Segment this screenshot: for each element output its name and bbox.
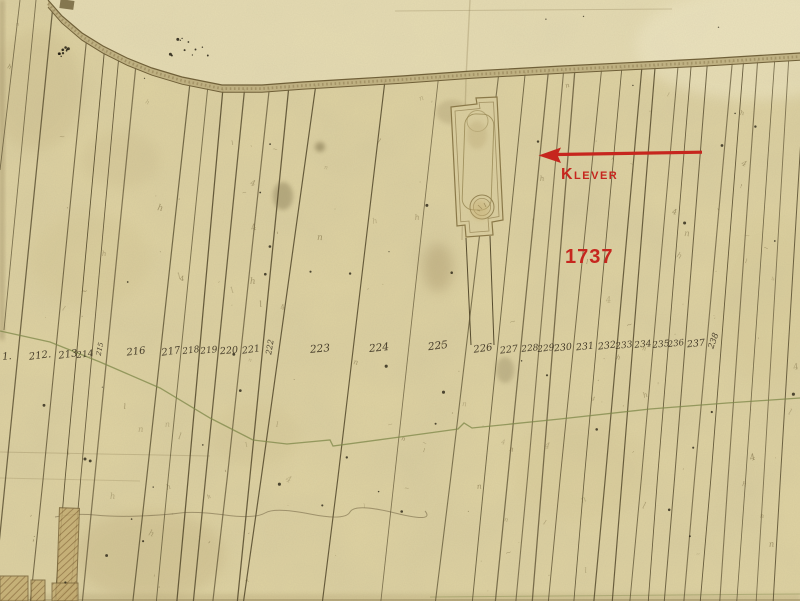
map-graphics: ..'hnl..~44..l''hlnn~ln..nlh4h.,hl'hnh4'… (0, 0, 800, 601)
year-annotation-text: 1737 (565, 246, 614, 268)
klever-annotation-text: Klever (561, 166, 618, 183)
parchment-map: ..'hnl..~44..l''hlnn~ln..nlh4h.,hl'hnh4'… (0, 0, 800, 601)
year-annotation: 1737 (565, 246, 614, 269)
klever-annotation: Klever (561, 166, 618, 184)
paper-grain (0, 0, 800, 601)
